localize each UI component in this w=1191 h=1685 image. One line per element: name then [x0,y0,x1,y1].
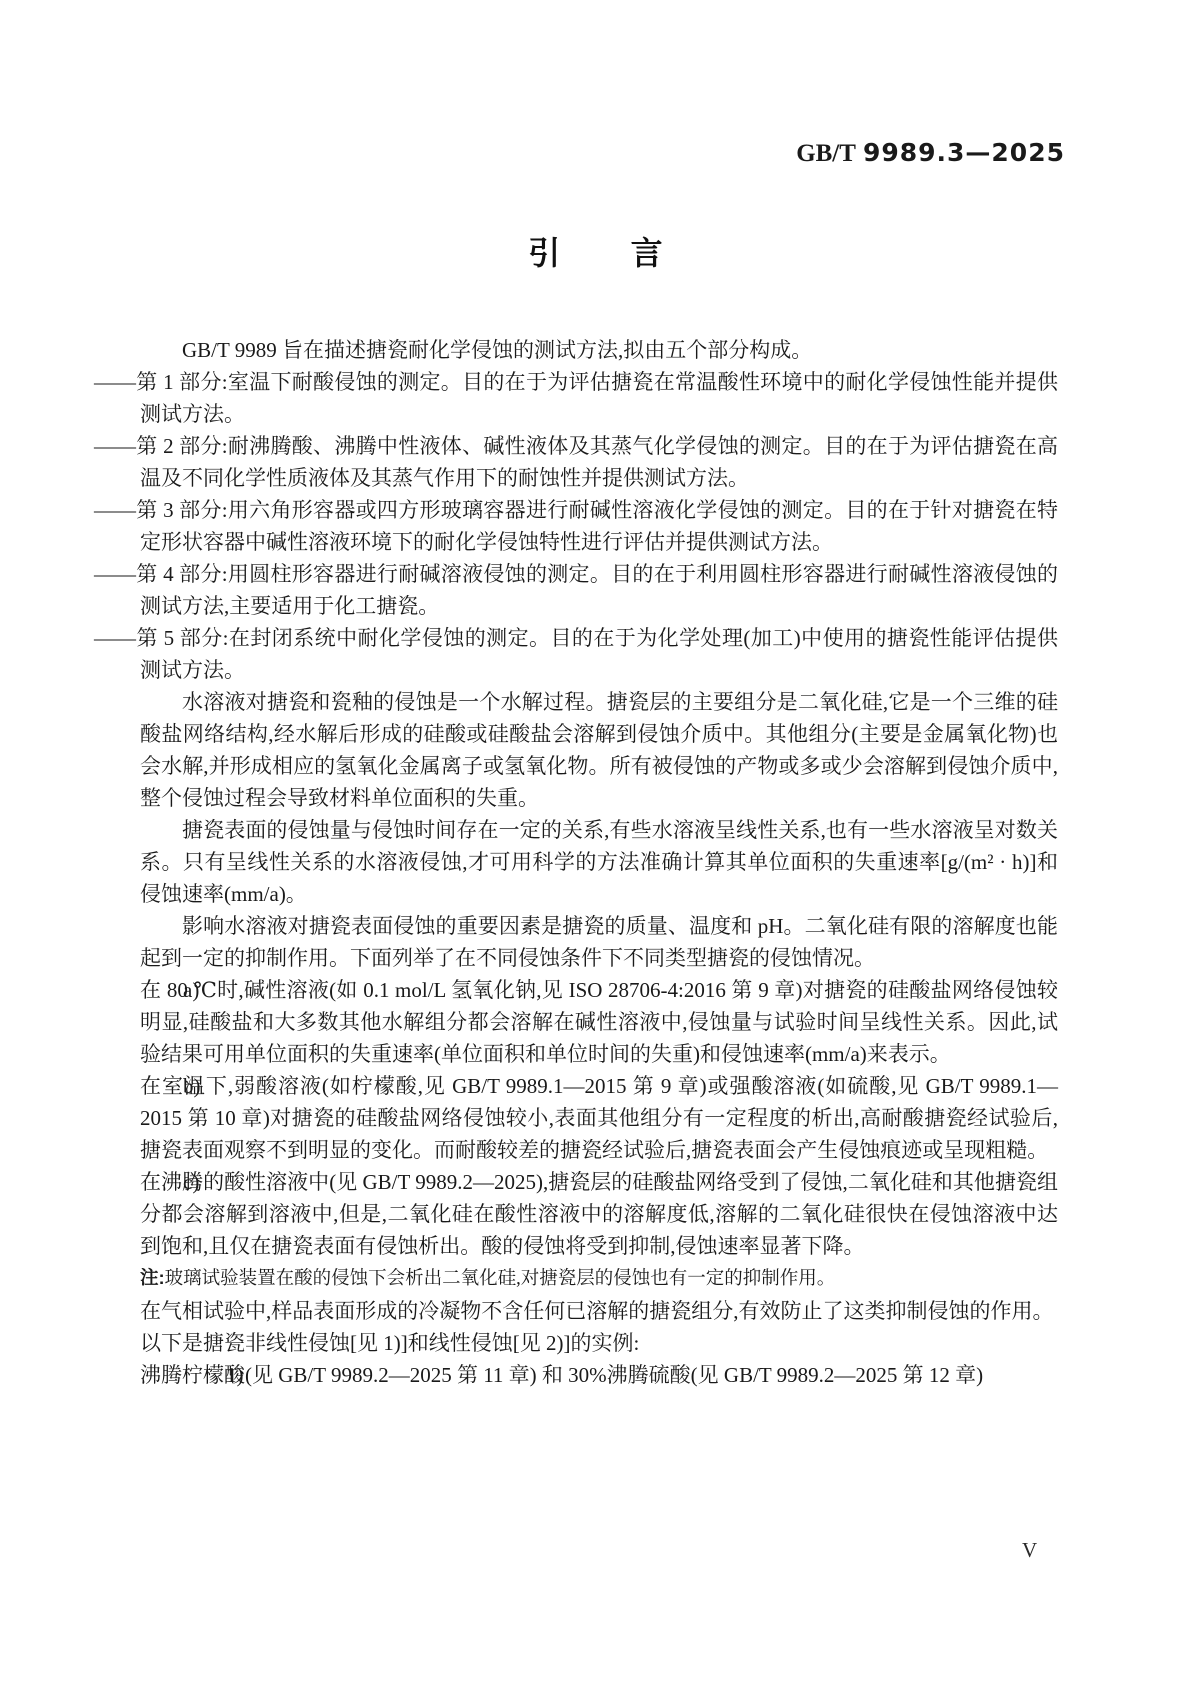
page-title: 引言 [0,228,1191,274]
part-2-item: ——第 2 部分:耐沸腾酸、沸腾中性液体、碱性液体及其蒸气化学侵蚀的测定。目的在… [140,430,1058,494]
note-label: 注: [140,1267,165,1288]
item-a: a)在 80 ℃时,碱性溶液(如 0.1 mol/L 氢氧化钠,见 ISO 28… [140,974,1058,1070]
standard-prefix: GB/T [796,140,856,167]
intro-paragraph: GB/T 9989 旨在描述搪瓷耐化学侵蚀的测试方法,拟由五个部分构成。 [140,334,1058,366]
page-title-text: 引言 [458,235,733,271]
note-text: 玻璃试验装置在酸的侵蚀下会析出二氧化硅,对搪瓷层的侵蚀也有一定的抑制作用。 [165,1269,836,1289]
note: 注:玻璃试验装置在酸的侵蚀下会析出二氧化硅,对搪瓷层的侵蚀也有一定的抑制作用。 [140,1262,1058,1295]
examples-intro: 以下是搪瓷非线性侵蚀[见 1)]和线性侵蚀[见 2)]的实例: [140,1327,1058,1359]
example-1-label: 1) [226,1359,244,1391]
page-number: V [1022,1538,1037,1563]
part-4-item: ——第 4 部分:用圆柱形容器进行耐碱溶液侵蚀的测定。目的在于利用圆柱形容器进行… [140,558,1058,622]
item-a-text: 在 80 ℃时,碱性溶液(如 0.1 mol/L 氢氧化钠,见 ISO 2870… [140,978,1058,1066]
hydrolysis-paragraph: 水溶液对搪瓷和瓷釉的侵蚀是一个水解过程。搪瓷层的主要组分是二氧化硅,它是一个三维… [140,686,1058,814]
item-c-text: 在沸腾的酸性溶液中(见 GB/T 9989.2—2025),搪瓷层的硅酸盐网络受… [140,1170,1058,1258]
standard-number: GB/T9989.3—2025 [796,138,1065,168]
item-c-label: c) [183,1166,199,1198]
part-1-item: ——第 1 部分:室温下耐酸侵蚀的测定。目的在于为评估搪瓷在常温酸性环境中的耐化… [140,366,1058,430]
item-c: c)在沸腾的酸性溶液中(见 GB/T 9989.2—2025),搪瓷层的硅酸盐网… [140,1166,1058,1262]
item-b-label: b) [183,1070,201,1102]
factors-paragraph: 影响水溶液对搪瓷表面侵蚀的重要因素是搪瓷的质量、温度和 pH。二氧化硅有限的溶解… [140,910,1058,974]
example-1-item: 1)沸腾柠檬酸(见 GB/T 9989.2—2025 第 11 章) 和 30%… [140,1359,1058,1391]
part-5-item: ——第 5 部分:在封闭系统中耐化学侵蚀的测定。目的在于为化学处理(加工)中使用… [140,622,1058,686]
part-3-item: ——第 3 部分:用六角形容器或四方形玻璃容器进行耐碱性溶液化学侵蚀的测定。目的… [140,494,1058,558]
vapor-phase-paragraph: 在气相试验中,样品表面形成的冷凝物不含任何已溶解的搪瓷组分,有效防止了这类抑制侵… [140,1295,1058,1327]
item-b: b)在室温下,弱酸溶液(如柠檬酸,见 GB/T 9989.1—2015 第 9 … [140,1070,1058,1166]
item-a-label: a) [183,974,199,1006]
standard-code: 9989.3—2025 [863,138,1065,167]
erosion-relation-paragraph: 搪瓷表面的侵蚀量与侵蚀时间存在一定的关系,有些水溶液呈线性关系,也有一些水溶液呈… [140,814,1058,910]
document-page: GB/T9989.3—2025 引言 GB/T 9989 旨在描述搪瓷耐化学侵蚀… [0,0,1191,1685]
item-b-text: 在室温下,弱酸溶液(如柠檬酸,见 GB/T 9989.1—2015 第 9 章)… [140,1074,1058,1162]
document-body: GB/T 9989 旨在描述搪瓷耐化学侵蚀的测试方法,拟由五个部分构成。 ——第… [140,334,1058,1391]
example-1-text: 沸腾柠檬酸(见 GB/T 9989.2—2025 第 11 章) 和 30%沸腾… [140,1363,983,1387]
